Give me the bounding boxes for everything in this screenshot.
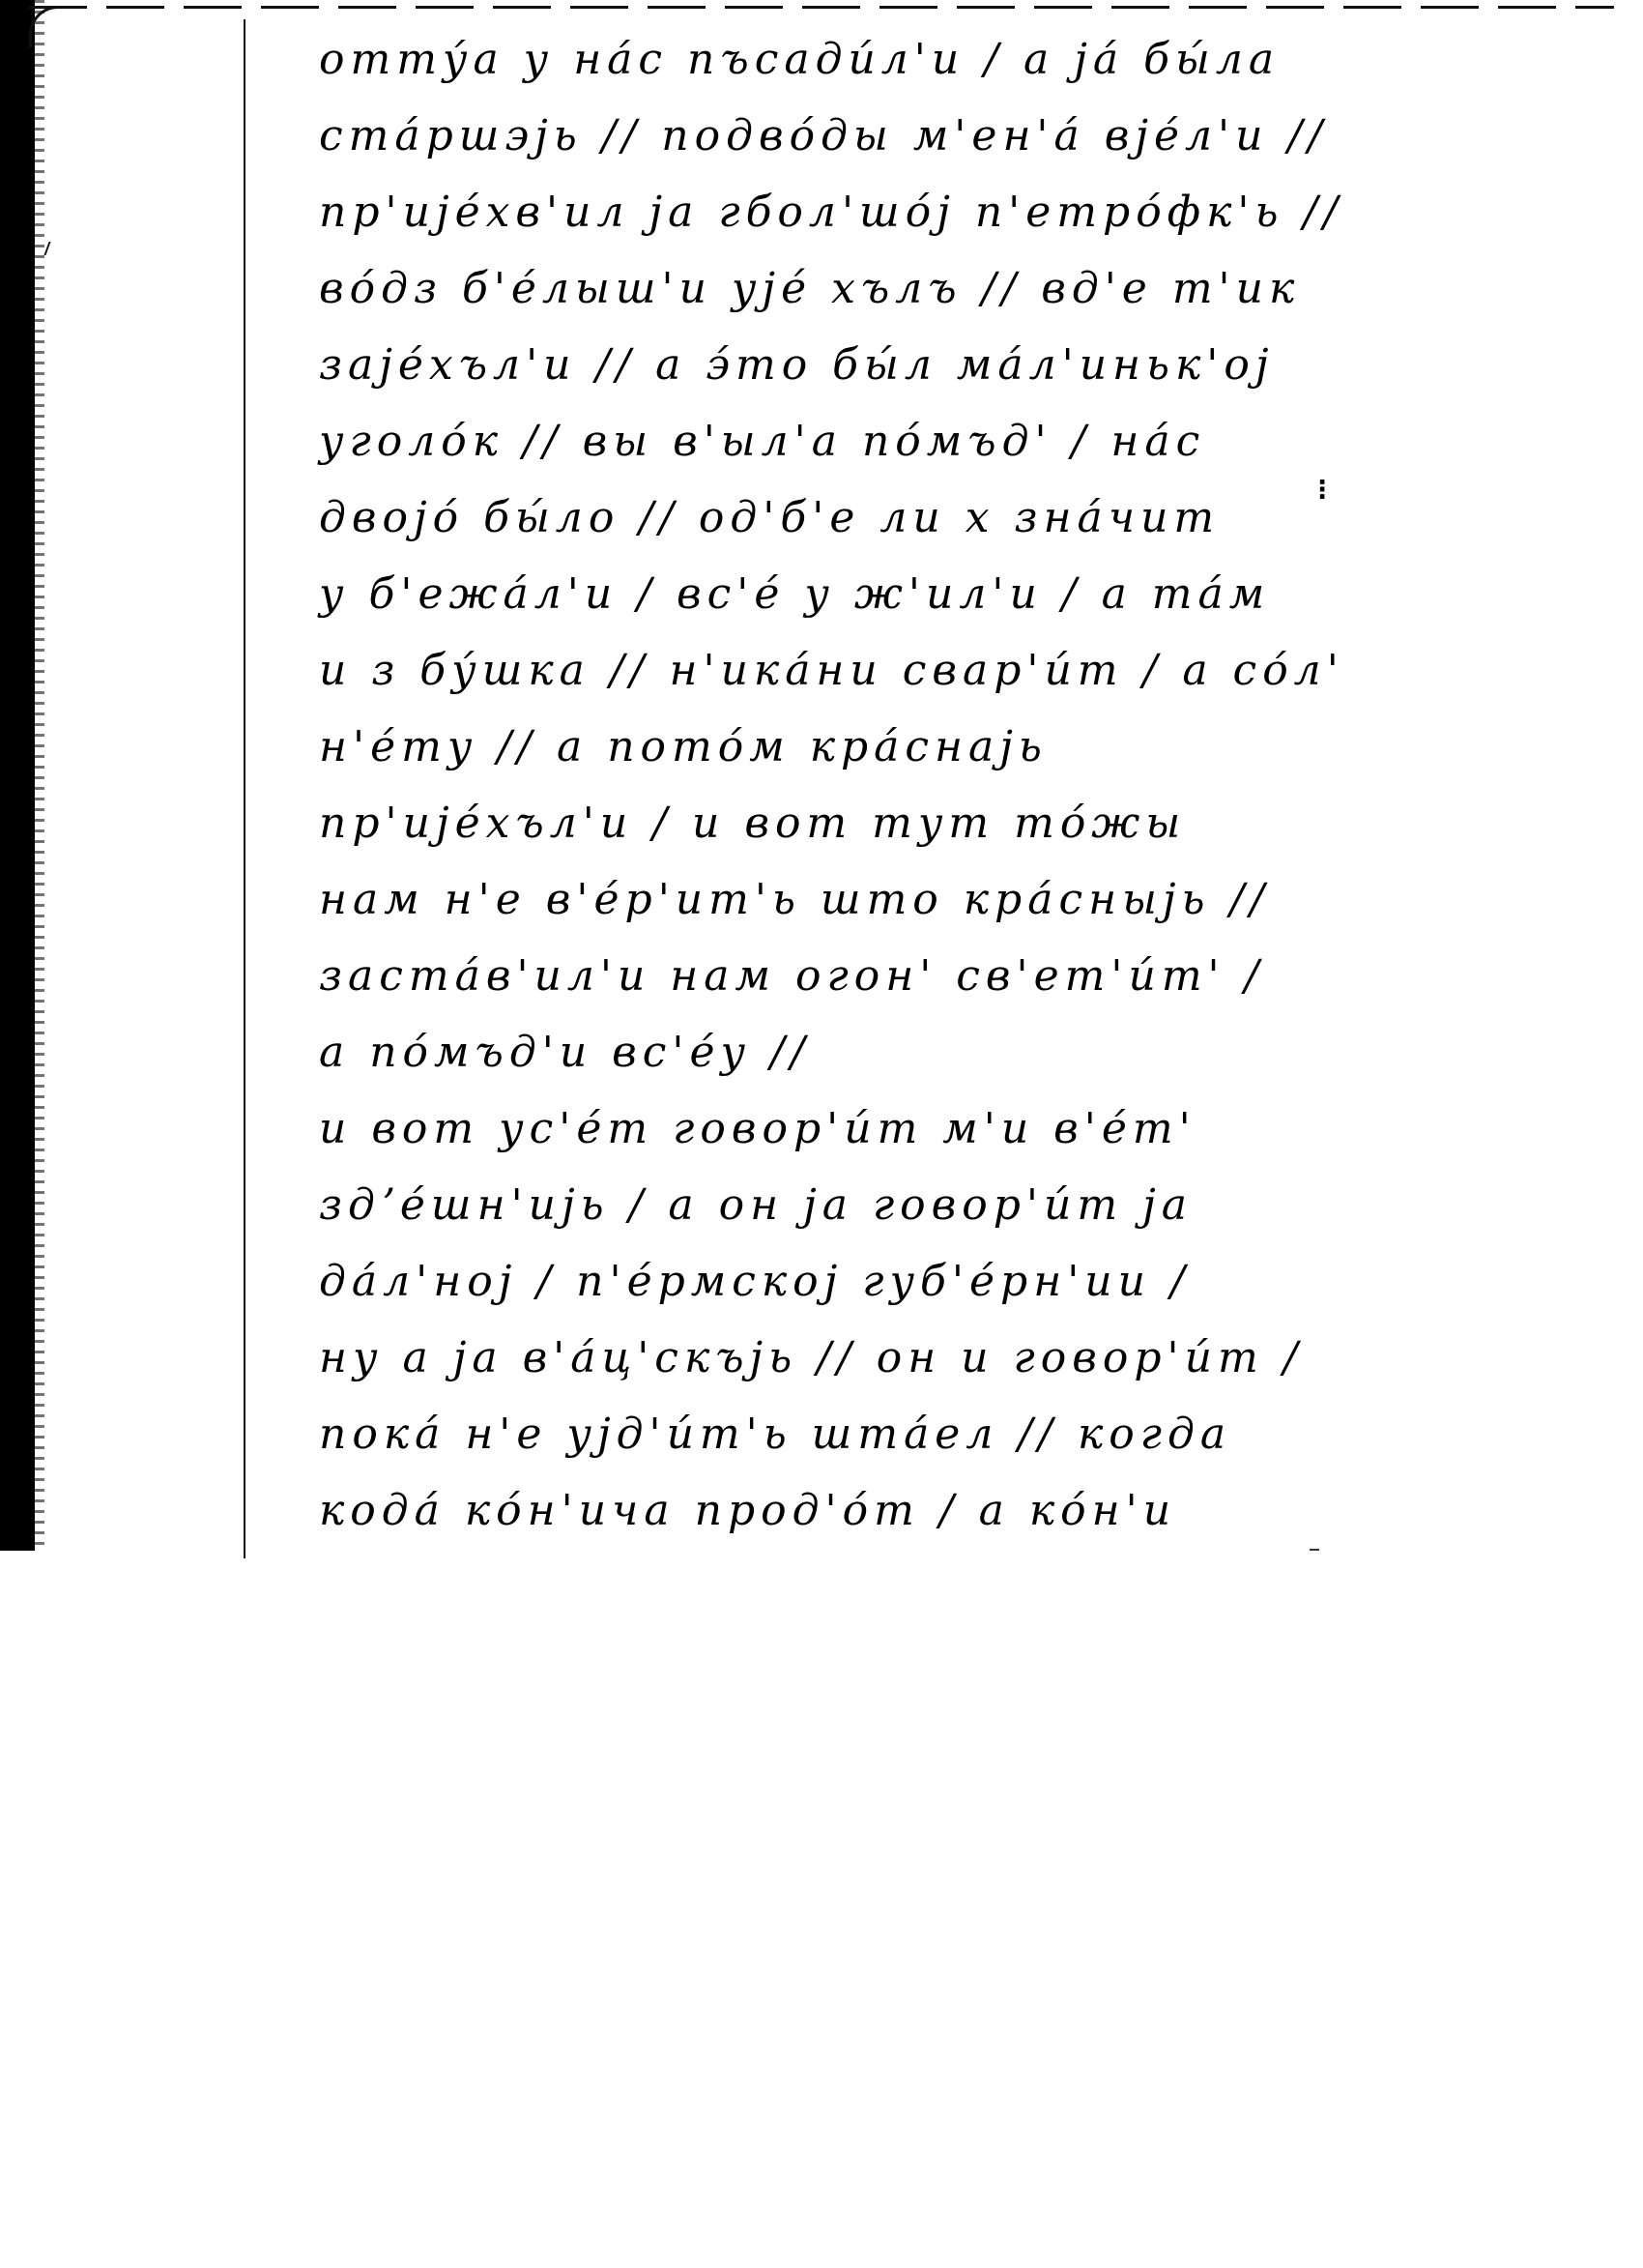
text-line: да́л'ној / п'е́рмској губ'е́рн'ии / <box>319 1243 1343 1320</box>
text-line: н'е́ту // а пото́м кра́снајь <box>319 709 1343 785</box>
text-line: пр'иjе́хв'ил ја гбол'шо́ј п'етро́фк'ь // <box>319 174 1343 250</box>
text-line: пр'иjе́хъл'и / и вот тут то́жы <box>319 785 1343 861</box>
text-line: заста́в'ил'и нам огон' св'ет'и́т' / <box>319 938 1343 1014</box>
scan-left-shadow <box>0 0 35 1551</box>
scanned-page: отту́а у на́с пъсади́л'и / а ја́ бы́ла с… <box>0 0 1643 1558</box>
page-top-edge <box>29 6 1614 9</box>
stray-mark <box>1310 1549 1319 1551</box>
text-line: а по́мъд'и вс'е́у // <box>319 1014 1343 1090</box>
margin-line <box>244 19 245 1558</box>
text-line: здʼе́шн'ијь / а он ја говор'и́т ја <box>319 1167 1343 1243</box>
text-line: во́дз б'е́лыш'и ујé хълъ // вд'е т'ик <box>319 250 1343 327</box>
text-line: ста́ршэјь // подво́ды м'ен'а́ вје́л'и // <box>319 98 1343 174</box>
text-line: ну а ја в'а́ц'скъјь // он и говор'и́т / <box>319 1320 1343 1396</box>
margin-annotation-mark: ⋮ <box>1310 483 1335 497</box>
text-line: нам н'е в'е́р'ит'ь што кра́сныјь // <box>319 861 1343 938</box>
text-line: и з бу́шка // н'ика́ни свар'и́т / а со́л… <box>319 632 1343 709</box>
margin-pencil-mark <box>43 242 58 255</box>
text-line: заjе́хъл'и // а э́то бы́л ма́л'иньк'ој <box>319 327 1343 403</box>
text-line: двојо́ бы́ло // од'б'е ли х зна́чит <box>319 480 1343 556</box>
handwritten-text-block: отту́а у на́с пъсади́л'и / а ја́ бы́ла с… <box>319 21 1343 1549</box>
text-line: отту́а у на́с пъсади́л'и / а ја́ бы́ла <box>319 21 1343 98</box>
text-line: уголо́к // вы в'ыл'а по́мъд' / на́с <box>319 403 1343 480</box>
text-line: у б'ежа́л'и / вс'е́ у ж'ил'и / а та́м <box>319 556 1343 632</box>
text-line: пока́ н'е ујд'и́т'ь шта́ел // когда <box>319 1396 1343 1472</box>
text-line: кода́ ко́н'ича прод'о́т / а ко́н'и <box>319 1472 1343 1549</box>
text-line: и вот ус'е́т говор'и́т м'и в'е́т' <box>319 1090 1343 1167</box>
scan-edge-noise <box>35 0 44 1551</box>
